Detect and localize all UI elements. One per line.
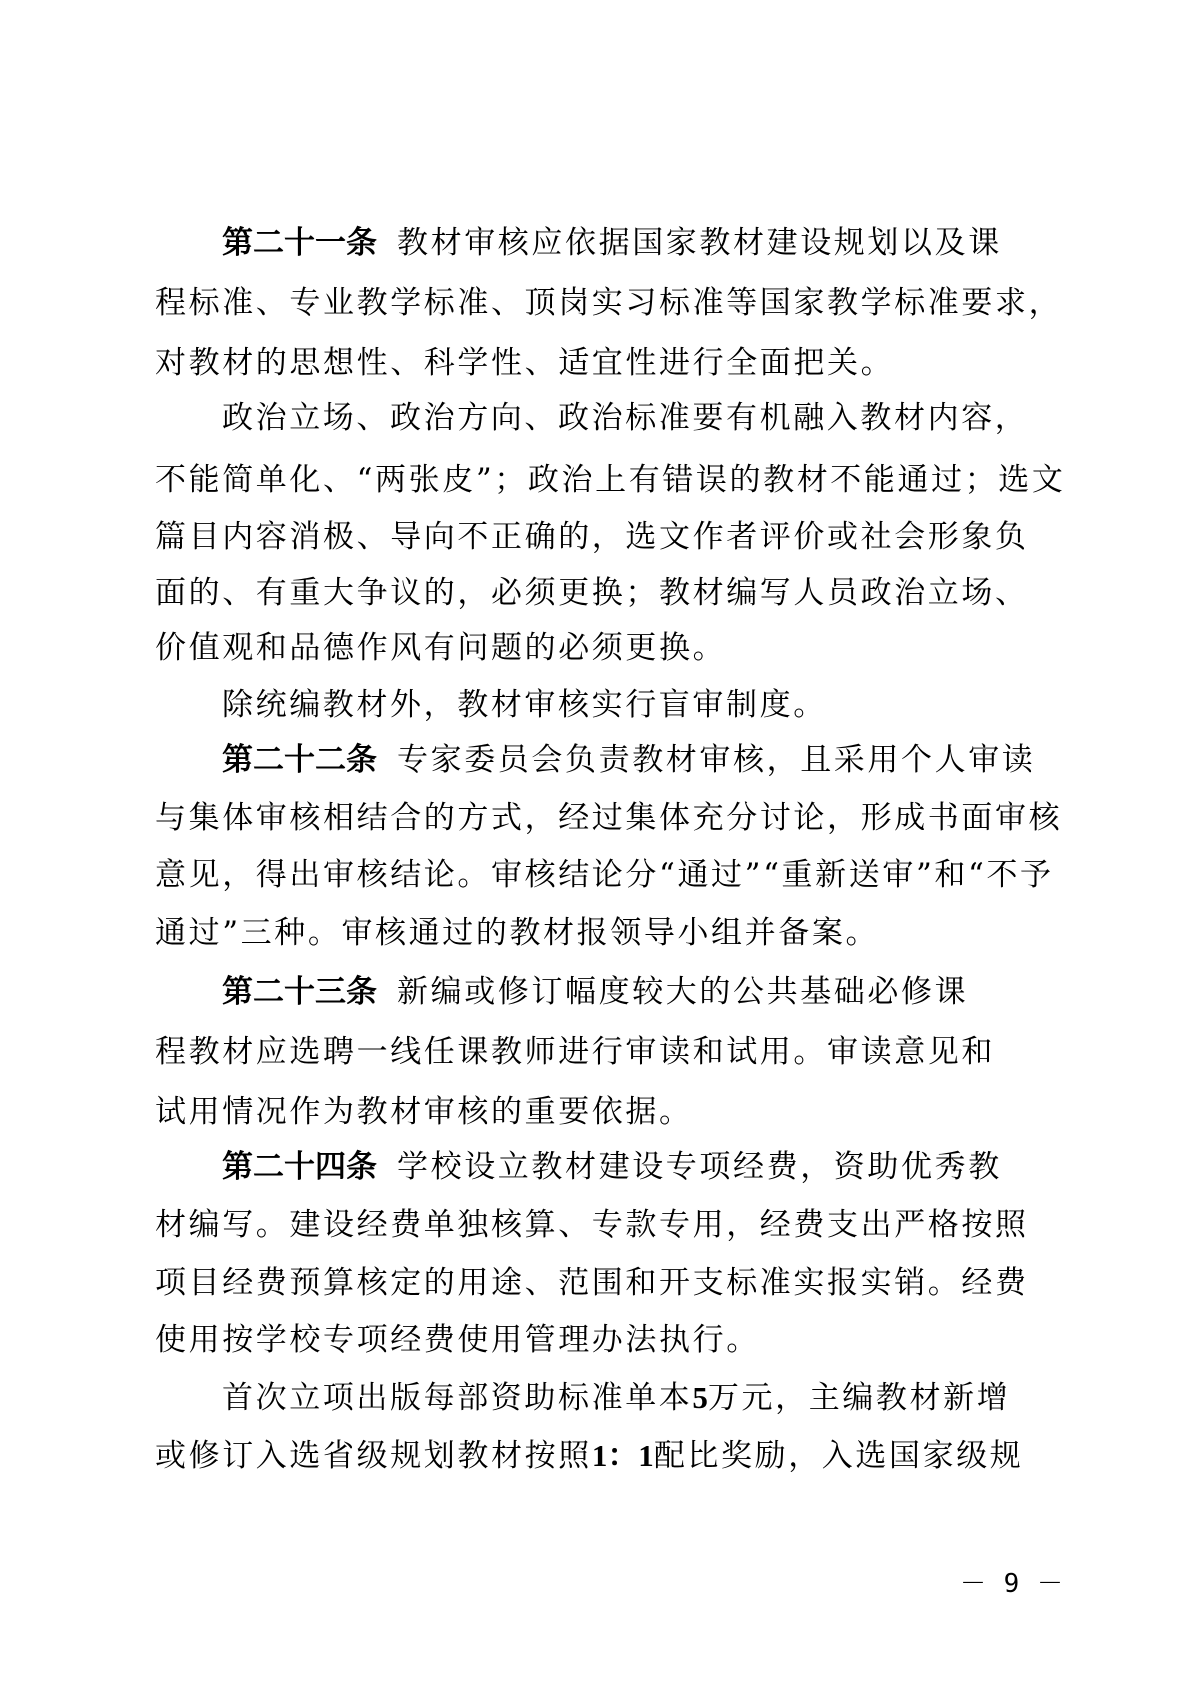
amount-number: 5 — [692, 1380, 708, 1415]
article-24-para-2-line-2: 或修订入选省级规划教材按照1：1配比奖励，入选国家级规 — [155, 1427, 1023, 1485]
text-segment: 首次立项出版每部资助标准单本 — [222, 1380, 692, 1416]
article-text: 教材审核应依据国家教材建设规划以及课 — [397, 225, 1002, 261]
article-21-line-1: 第二十一条教材审核应依据国家教材建设规划以及课 — [222, 214, 1002, 272]
article-22-line-3: 意见，得出审核结论。审核结论分“通过”“重新送审”和“不予 — [155, 846, 1054, 904]
article-21-line-3: 对教材的思想性、科学性、适宜性进行全面把关。 — [155, 334, 894, 392]
article-24-line-4: 使用按学校专项经费使用管理办法执行。 — [155, 1311, 760, 1369]
article-23-line-3: 试用情况作为教材审核的重要依据。 — [155, 1083, 693, 1141]
document-page: 第二十一条教材审核应依据国家教材建设规划以及课 程标准、专业教学标准、顶岗实习标… — [0, 0, 1191, 1684]
article-21-para-2-line-3: 篇目内容消极、导向不正确的，选文作者评价或社会形象负 — [155, 508, 1029, 566]
article-23-line-2: 程教材应选聘一线任课教师进行审读和试用。审读意见和 — [155, 1023, 995, 1081]
article-24-line-3: 项目经费预算核定的用途、范围和开支标准实报实销。经费 — [155, 1254, 1029, 1312]
article-text: 新编或修订幅度较大的公共基础必修课 — [397, 974, 968, 1010]
text-segment: 或修订入选省级规划教材按照 — [155, 1438, 592, 1474]
text-segment: 万元，主编教材新增 — [708, 1380, 1010, 1416]
page-number: － 9 － — [960, 1563, 1064, 1600]
text-segment: 配比奖励，入选国家级规 — [654, 1438, 1024, 1474]
article-heading: 第二十四条 — [222, 1149, 377, 1185]
article-heading: 第二十三条 — [222, 974, 377, 1010]
article-21-para-2-line-1: 政治立场、政治方向、政治标准要有机融入教材内容， — [222, 389, 1028, 447]
article-text: 专家委员会负责教材审核，且采用个人审读 — [397, 742, 1035, 778]
article-21-para-2-line-5: 价值观和品德作风有问题的必须更换。 — [155, 619, 726, 677]
article-21-para-3-line-1: 除统编教材外，教材审核实行盲审制度。 — [222, 676, 827, 734]
article-21-para-2-line-4: 面的、有重大争议的，必须更换；教材编写人员政治立场、 — [155, 564, 1029, 622]
article-22-line-1: 第二十二条专家委员会负责教材审核，且采用个人审读 — [222, 731, 1035, 789]
article-heading: 第二十二条 — [222, 742, 377, 778]
article-text: 学校设立教材建设专项经费，资助优秀教 — [397, 1149, 1002, 1185]
article-heading: 第二十一条 — [222, 225, 377, 261]
article-21-line-2: 程标准、专业教学标准、顶岗实习标准等国家教学标准要求， — [155, 274, 1062, 332]
article-24-line-2: 材编写。建设经费单独核算、专款专用，经费支出严格按照 — [155, 1196, 1029, 1254]
article-21-para-2-line-2: 不能简单化、“两张皮”；政治上有错误的教材不能通过；选文 — [155, 451, 1066, 509]
article-22-line-2: 与集体审核相结合的方式，经过集体充分讨论，形成书面审核 — [155, 789, 1062, 847]
article-24-para-2-line-1: 首次立项出版每部资助标准单本5万元，主编教材新增 — [222, 1369, 1010, 1427]
article-23-line-1: 第二十三条新编或修订幅度较大的公共基础必修课 — [222, 963, 968, 1021]
article-22-line-4: 通过”三种。审核通过的教材报领导小组并备案。 — [155, 904, 879, 962]
article-24-line-1: 第二十四条学校设立教材建设专项经费，资助优秀教 — [222, 1138, 1002, 1196]
ratio-number: 1：1 — [592, 1438, 654, 1473]
